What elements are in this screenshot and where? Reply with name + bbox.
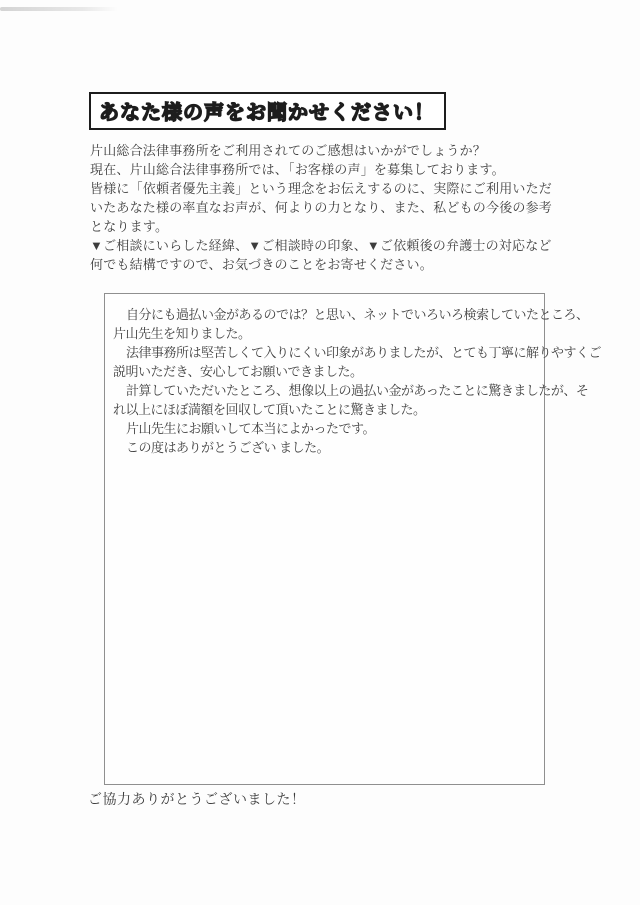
closing-text: ご協力ありがとうございました！ [88,789,306,809]
response-line: 計算していただいたところ、想像以上の過払い金があったことに驚きましたが、そ [113,381,538,400]
response-line: れ以上にほぼ満額を回収して頂いたことに驚きました。 [113,400,538,419]
intro-line: ▼ご相談にいらした経緯、▼ご相談時の印象、▼ご依頼後の弁護士の対応など [90,236,580,255]
intro-line: 片山総合法律事務所をご利用されてのご感想はいかがでしょうか？ [90,141,580,160]
intro-line: 何でも結構ですので、お気づきのことをお寄せください。 [90,255,580,274]
intro-line: 現在、片山総合法律事務所では、「お客様の声」を募集しております。 [90,160,580,179]
response-line: 片山先生にお願いして本当によかったです。 [113,419,538,438]
scan-edge-artifact [0,7,118,11]
customer-response-box: 自分にも過払い金があるのでは？と思い、ネットでいろいろ検索していたところ、 片山… [104,293,545,785]
intro-line: 皆様に「依頼者優先主義」という理念をお伝えするのに、実際にご利用いただ [90,179,580,198]
intro-line: いたあなた様の率直なお声が、何よりの力となり、また、私どもの今後の参考 [90,198,580,217]
response-line: この度はありがとうござい ました。 [113,438,538,457]
intro-paragraph: 片山総合法律事務所をご利用されてのご感想はいかがでしょうか？ 現在、片山総合法律… [90,141,580,274]
response-line: 片山先生を知りました。 [113,324,538,343]
response-line: 説明いただき、安心してお願いできました。 [113,362,538,381]
intro-line: となります。 [90,217,580,236]
response-line: 法律事務所は堅苦しくて入りにくい印象がありましたが、とても丁寧に解りやすくご [113,343,538,362]
response-line: 自分にも過払い金があるのでは？と思い、ネットでいろいろ検索していたところ、 [113,305,538,324]
page-title-box: あなた様の声をお聞かせください！ [89,92,446,130]
page-title: あなた様の声をお聞かせください！ [99,102,435,124]
